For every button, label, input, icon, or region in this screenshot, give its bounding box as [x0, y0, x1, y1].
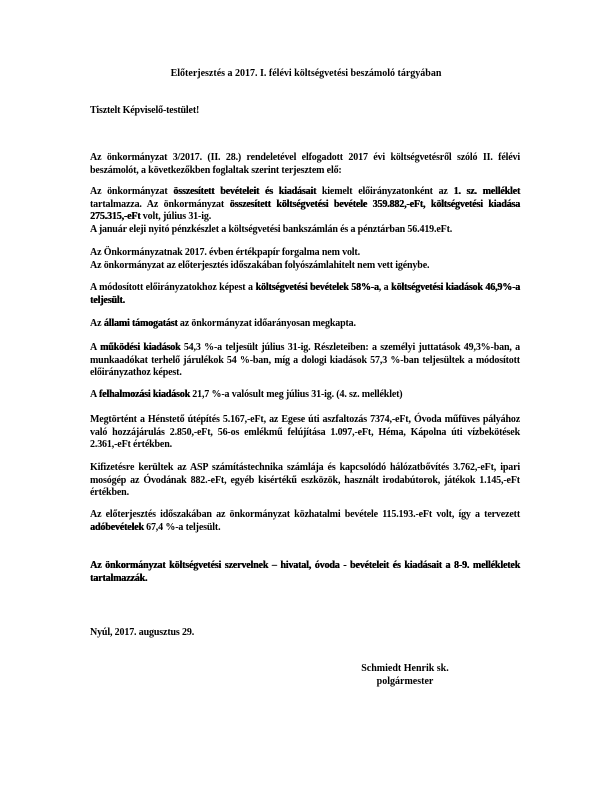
- paragraph-summary: Az önkormányzat összesített bevételeit é…: [90, 186, 520, 236]
- text: volt, július 31-ig.: [140, 211, 211, 222]
- emphasis: felhalmozási kiadások: [99, 389, 190, 400]
- paragraph-tax-revenue: Az előterjesztés időszakában az önkormán…: [90, 509, 520, 534]
- text: az önkormányzat időarányosan megkapta.: [178, 318, 356, 329]
- text: kiemelt előirányzatonként az: [316, 186, 453, 197]
- text: A: [90, 389, 99, 400]
- paragraph-operating-expenses: A működési kiadások 54,3 %-a teljesült j…: [90, 342, 520, 380]
- signatory-name: Schmiedt Henrik sk.: [330, 663, 480, 676]
- opening-cash-line: A január eleji nyitó pénzkészlet a költs…: [90, 224, 520, 237]
- place-date: Nyúl, 2017. augusztus 29.: [90, 627, 520, 640]
- salutation: Tisztelt Képviselő-testület!: [90, 105, 520, 118]
- paragraph-capital-expenses: A felhalmozási kiadások 21,7 %-a valósul…: [90, 389, 520, 402]
- signature-block: Schmiedt Henrik sk. polgármester: [330, 663, 480, 688]
- text: Az önkormányzat: [90, 186, 173, 197]
- document-title: Előterjesztés a 2017. I. félévi költségv…: [0, 68, 612, 79]
- securities-line: Az Önkormányzatnak 2017. évben értékpapí…: [90, 247, 520, 260]
- paragraph-state-support: Az állami támogatást az önkormányzat idő…: [90, 318, 520, 331]
- paragraph-intro: Az önkormányzat 3/2017. (II. 28.) rendel…: [90, 152, 520, 177]
- paragraph-securities: Az Önkormányzatnak 2017. évben értékpapí…: [90, 247, 520, 272]
- text: , a: [379, 282, 391, 293]
- text: A: [90, 342, 100, 353]
- text: 21,7 %-a valósult meg július 31-ig. (4. …: [190, 389, 403, 400]
- paragraph-institutions: Az önkormányzat költségvetési szervelnek…: [90, 560, 520, 585]
- text: tartalmazza. Az önkormányzat: [90, 199, 230, 210]
- document-page: Előterjesztés a 2017. I. félévi költségv…: [0, 0, 612, 792]
- emphasis: állami támogatást: [104, 318, 178, 329]
- emphasis: összesített bevételeit és kiadásait: [173, 186, 316, 197]
- signatory-role: polgármester: [330, 676, 480, 689]
- paragraph-payments: Kifizetésre kerültek az ASP számítástech…: [90, 462, 520, 500]
- emphasis: adóbevételek: [90, 522, 144, 533]
- text: Az: [90, 318, 104, 329]
- annex-reference: 1. sz. melléklet: [453, 186, 520, 197]
- emphasis-revenue: költségvetési bevételek 58%-a: [255, 282, 378, 293]
- paragraph-projects: Megtörtént a Hénstető útépítés 5.167,-eF…: [90, 414, 520, 452]
- paragraph-execution: A módosított előirányzatokhoz képest a k…: [90, 282, 520, 307]
- emphasis: működési kiadások: [100, 342, 180, 353]
- text: Az előterjesztés időszakában az önkormán…: [90, 509, 520, 520]
- text: 67,4 %-a teljesült.: [144, 522, 221, 533]
- credit-line: Az önkormányzat az előterjesztés időszak…: [90, 260, 520, 273]
- text: A módosított előirányzatokhoz képest a: [90, 282, 255, 293]
